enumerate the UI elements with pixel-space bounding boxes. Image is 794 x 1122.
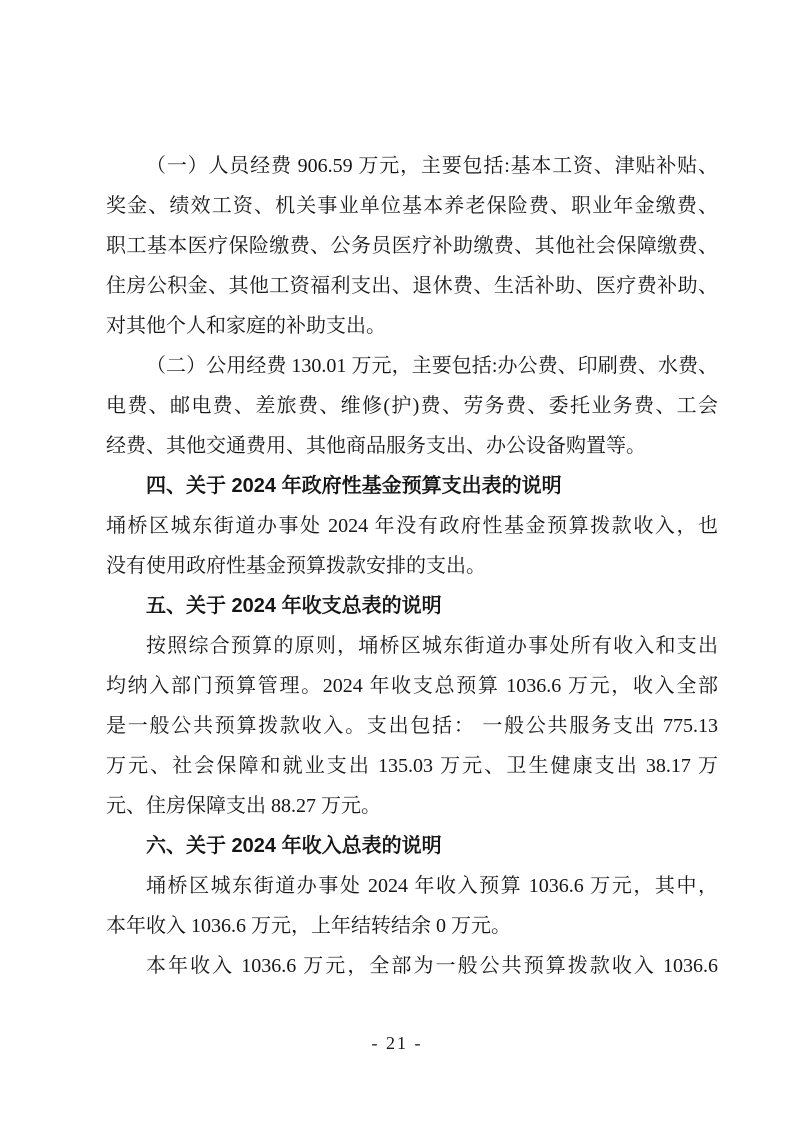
text-line: 住房公积金、其他工资福利支出、退休费、生活补助、医疗费补助、 <box>106 266 718 306</box>
text-line: 对其他个人和家庭的补助支出。 <box>106 306 718 346</box>
page-number: - 21 - <box>0 1031 794 1055</box>
text-line: 经费、其他交通费用、其他商品服务支出、办公设备购置等。 <box>106 426 718 466</box>
text-line: 本年收入 1036.6 万元，上年结转结余 0 万元。 <box>106 906 718 946</box>
section-heading: 四、关于 2024 年政府性基金预算支出表的说明 <box>106 466 718 506</box>
text-line: 职工基本医疗保险缴费、公务员医疗补助缴费、其他社会保障缴费、 <box>106 226 718 266</box>
text-line: 元、住房保障支出 88.27 万元。 <box>106 786 718 826</box>
text-line: 本年收入 1036.6 万元，全部为一般公共预算拨款收入 1036.6 <box>106 946 718 986</box>
text-line: 埇桥区城东街道办事处 2024 年收入预算 1036.6 万元，其中， <box>106 866 718 906</box>
text-line: 均纳入部门预算管理。2024 年收支总预算 1036.6 万元，收入全部 <box>106 666 718 706</box>
text-line: 按照综合预算的原则，埇桥区城东街道办事处所有收入和支出 <box>106 626 718 666</box>
text-line: （一）人员经费 906.59 万元，主要包括:基本工资、津贴补贴、 <box>106 146 718 186</box>
text-line: 是一般公共预算拨款收入。支出包括： 一般公共服务支出 775.13 <box>106 706 718 746</box>
text-line: 埇桥区城东街道办事处 2024 年没有政府性基金预算拨款收入，也 <box>106 506 718 546</box>
text-line: 奖金、绩效工资、机关事业单位基本养老保险费、职业年金缴费、 <box>106 186 718 226</box>
document-content: （一）人员经费 906.59 万元，主要包括:基本工资、津贴补贴、奖金、绩效工资… <box>106 146 718 986</box>
section-heading: 五、关于 2024 年收支总表的说明 <box>106 586 718 626</box>
document-page: （一）人员经费 906.59 万元，主要包括:基本工资、津贴补贴、奖金、绩效工资… <box>0 0 794 1122</box>
text-line: 没有使用政府性基金预算拨款安排的支出。 <box>106 546 718 586</box>
section-heading: 六、关于 2024 年收入总表的说明 <box>106 826 718 866</box>
text-line: 万元、社会保障和就业支出 135.03 万元、卫生健康支出 38.17 万 <box>106 746 718 786</box>
text-line: （二）公用经费 130.01 万元，主要包括:办公费、印刷费、水费、 <box>106 346 718 386</box>
text-line: 电费、邮电费、差旅费、维修(护)费、劳务费、委托业务费、工会 <box>106 386 718 426</box>
